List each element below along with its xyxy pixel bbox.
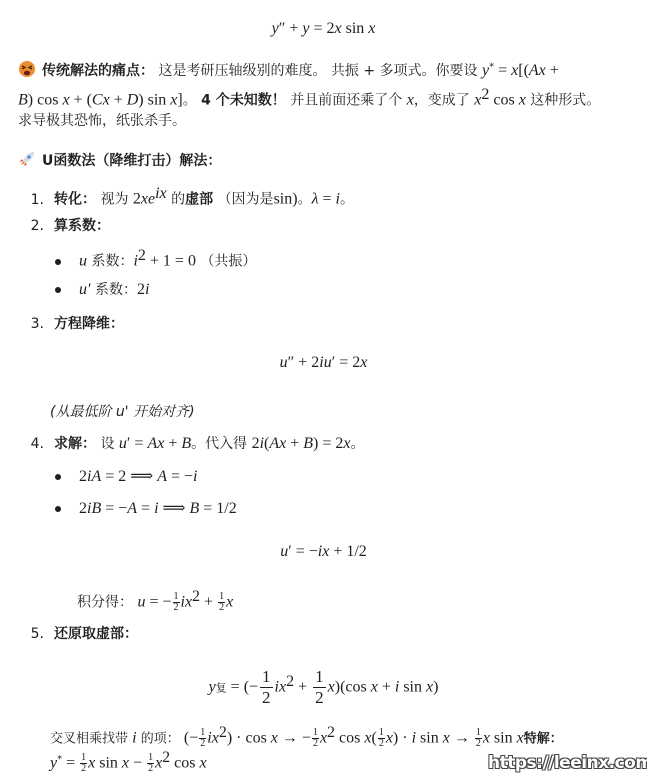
step-2: 2.算系数： [18,215,110,235]
bullet-icon [55,474,61,480]
step-5-cross-terms: 交叉相乘找带 i 的项： (−12ix2) · cos x → −12x2 co… [50,724,563,749]
step-4-bullet-2: 2iB = −A = i ⟹ B = 1/2 [55,498,237,518]
step-5: 5.还原取虚部： [18,623,138,643]
step-2-bullet-2: u′ 系数：2i [55,279,149,299]
nauseated-face-icon [18,60,36,78]
step-3-note: (从最低阶 u' 开始对齐) [50,401,195,421]
main-equation: y″ + y = 2x sin x [0,20,647,38]
step-3-display-equation: u″ + 2iu′ = 2x [0,354,647,372]
unknowns-count: 4 个未知数！ [201,93,286,109]
pain-point-line-2: B) cos x + (Cx + D) sin x]。 4 个未知数！ 并且前面… [18,86,600,110]
step-5-particular-solution: y* = 12x sin x − 12x2 cos x [50,749,207,774]
step-4-integral: 积分得： u = −12ix2 + 12x [77,588,233,613]
pain-point-label: 传统解法的痛点： [42,63,154,79]
step-4-display-equation: u′ = −ix + 1/2 [0,543,647,561]
bullet-icon [55,259,61,265]
bullet-icon [55,287,61,293]
step-3: 3.方程降维： [18,313,124,333]
step-1: 1.转化： 视为 2xeix 的虚部 （因为是sin)。λ = i。 [18,185,354,209]
method-title: U函数法（降维打击）解法： [18,150,221,170]
pain-point-text: 这是考研压轴级别的难度。 共振 + 多项式。你要设 [158,63,477,79]
rocket-icon [18,150,36,168]
step-4-bullet-1: 2iA = 2 ⟹ A = −i [55,466,197,486]
pain-point-line-3: 求导极其恐怖，纸张杀手。 [18,110,186,130]
step-5-display-equation: y复 = (−12ix2 + 12x)(cos x + i sin x) [0,667,647,708]
step-4: 4.求解： 设 u′ = Ax + B。代入得 2i(Ax + B) = 2x。 [18,433,365,453]
watermark: https://leeinx.com [488,753,647,773]
step-2-bullet-1: u 系数：i2 + 1 = 0 （共振） [55,247,256,271]
pain-point-line-1: 传统解法的痛点： 这是考研压轴级别的难度。 共振 + 多项式。你要设 y* = … [18,60,559,80]
bullet-icon [55,506,61,512]
